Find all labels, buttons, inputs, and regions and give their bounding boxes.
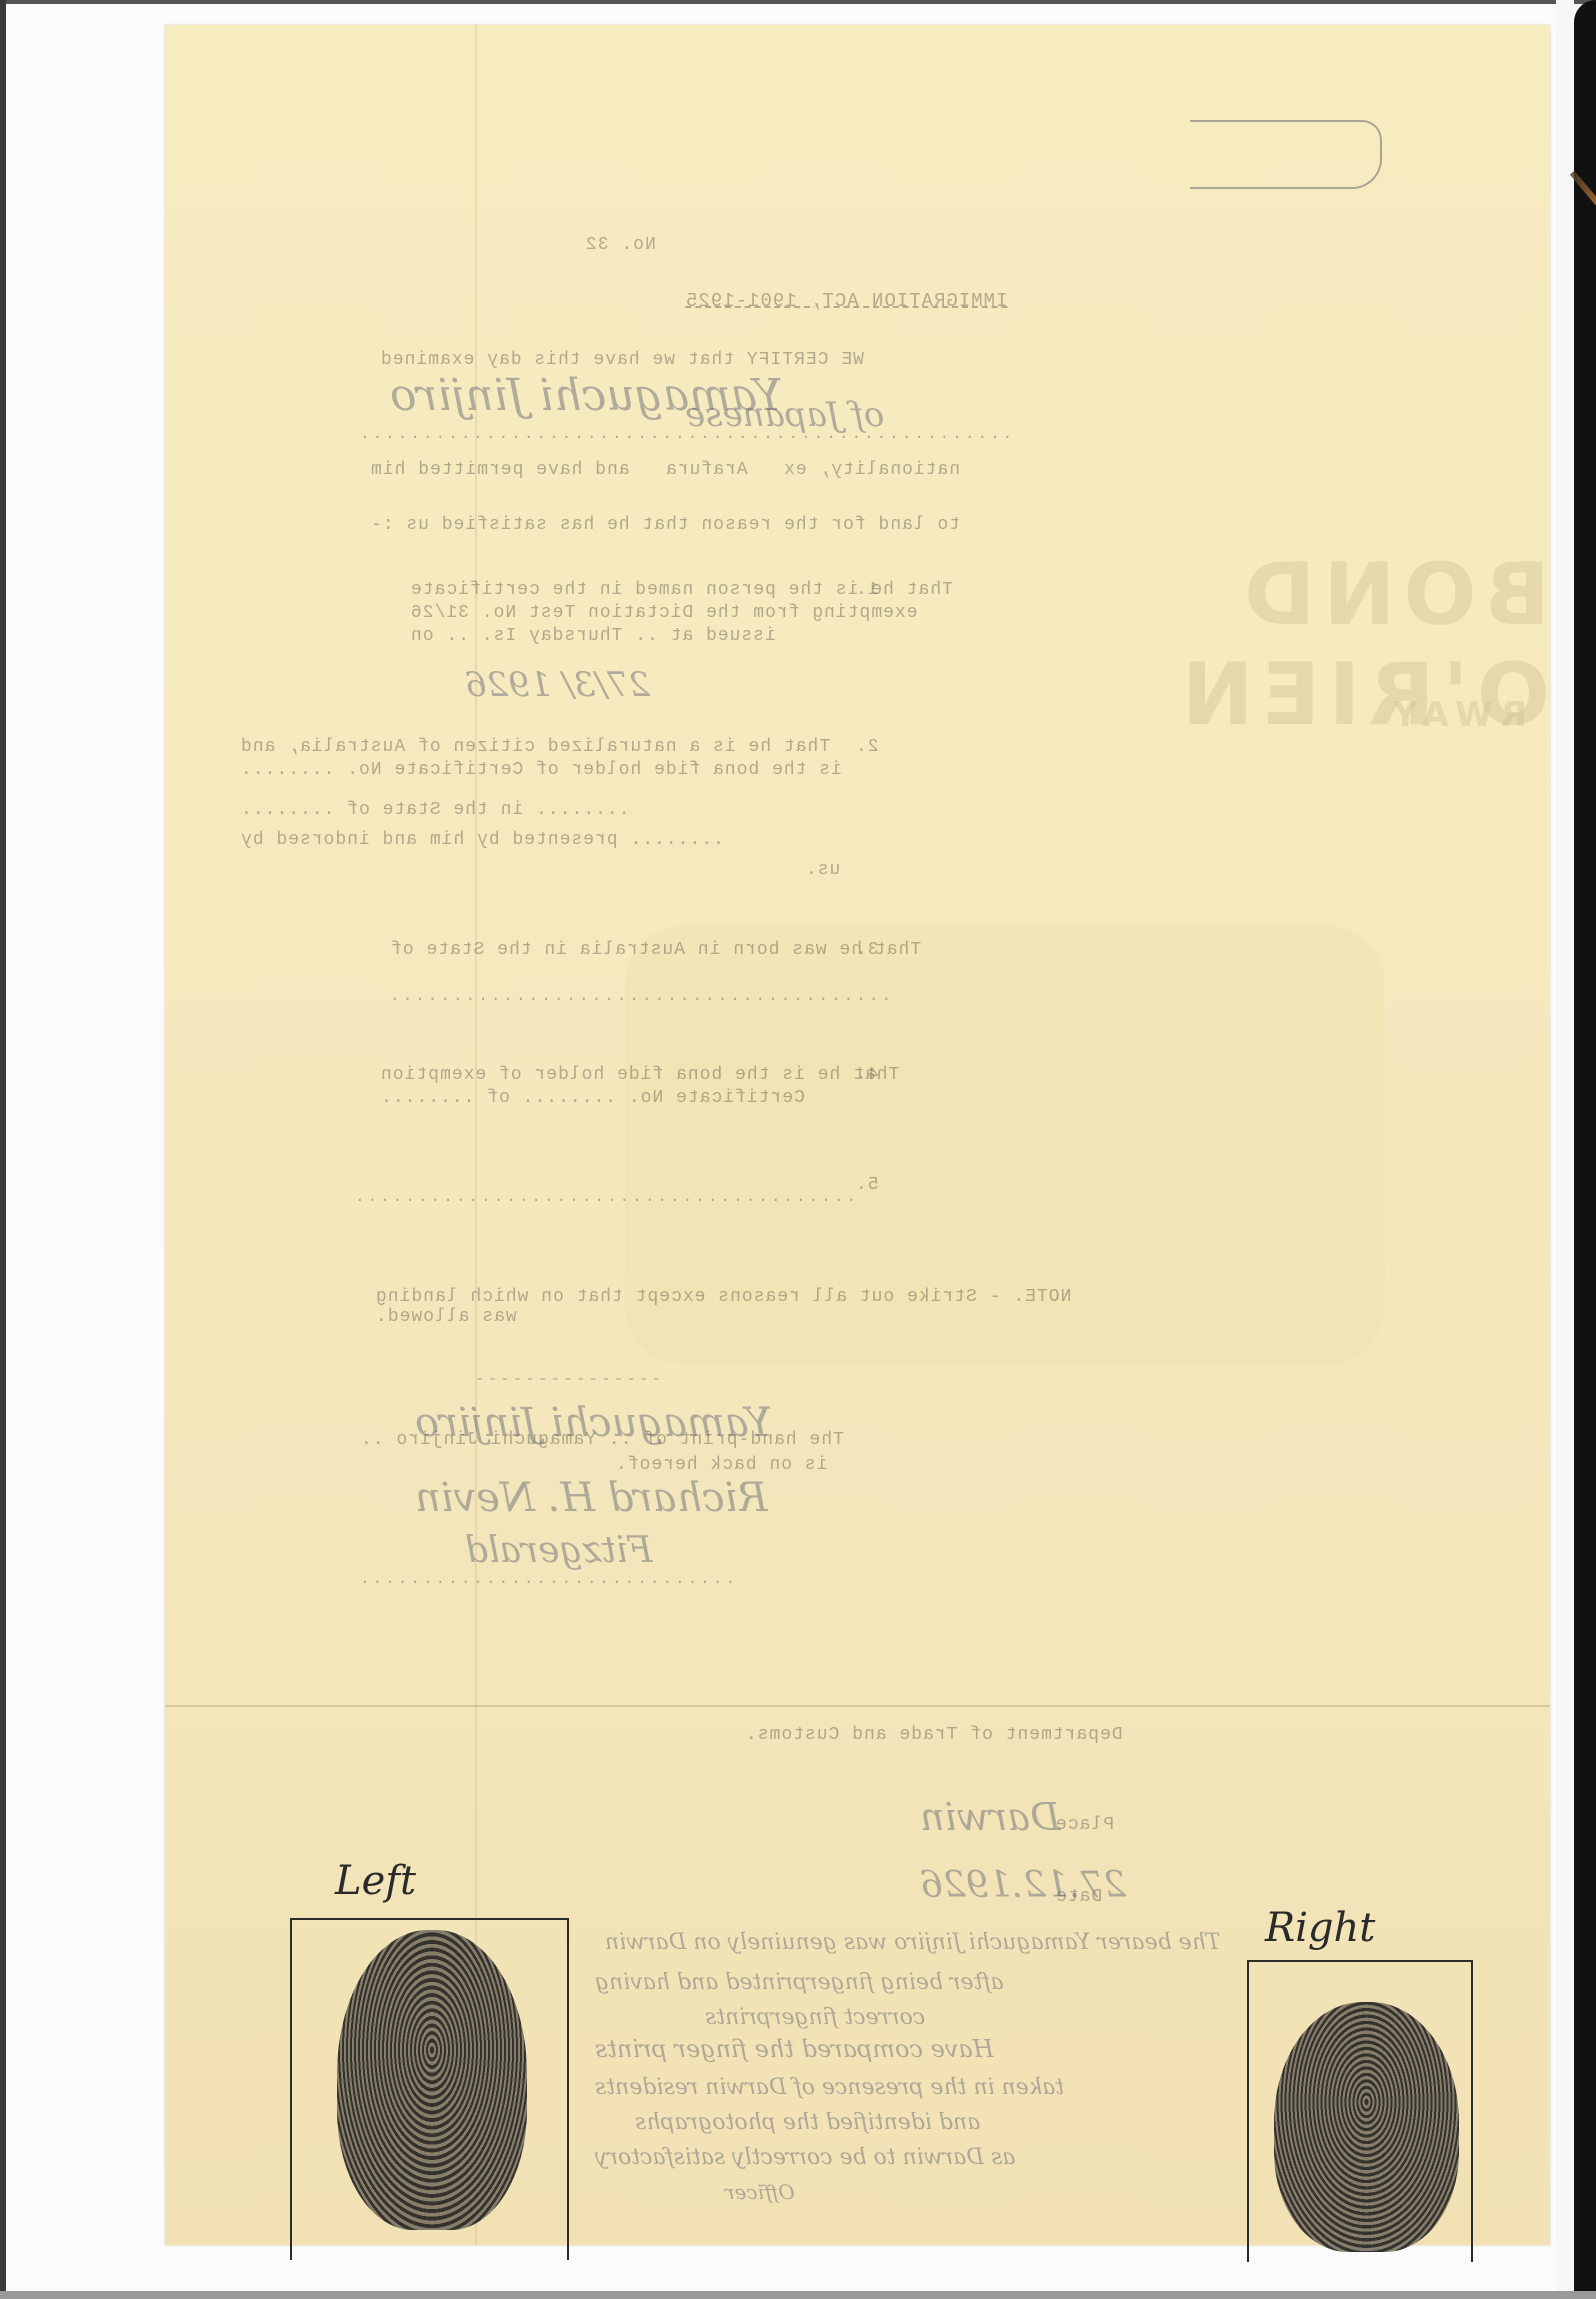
reason-2-number: 2. (855, 737, 879, 757)
handwritten-note-line-3: correct fingerprints (705, 2005, 925, 2030)
scan-frame-top (0, 0, 1596, 4)
reason-1-line-2: exempting from the Dictation Test No. 31… (410, 603, 917, 623)
scan-frame-left (0, 0, 6, 2299)
fold-line-horizontal (165, 1705, 1550, 1707)
scan-frame-right (1574, 0, 1596, 2299)
strike-out-note: NOTE. - Strike out all reasons except th… (375, 1287, 1075, 1327)
reason-2-line-1: That he is a naturalized citizen of Aust… (240, 737, 830, 757)
reason-1-line-3: issued at .. Thursday Is. .. on (410, 626, 776, 646)
reason-2-line-2: is the bona fide holder of Certificate N… (240, 760, 842, 780)
handwritten-note-line-2: after being fingerprinted and having (595, 1970, 1004, 1995)
ship-name: Arafura (665, 460, 748, 480)
reason-3-dotted: ........................................ (390, 987, 894, 1005)
fingerprint-right-icon (1274, 2002, 1459, 2252)
scan-frame-bottom (0, 2291, 1596, 2299)
handwritten-note-line-4: Have compared the finger prints (595, 2035, 994, 2063)
date-value-handwritten: 27.12.1926 (920, 1865, 1126, 1906)
reason-2-line-3: ........ in the State of ........ (240, 800, 629, 820)
signature-1: Richard H. Nevin (415, 1475, 768, 1521)
fingerprint-right-label: Right (1265, 1905, 1375, 1951)
nationality-line: nationality, ex Arafura and have permitt… (370, 460, 960, 480)
certify-line: WE CERTIFY that we have this day examine… (380, 350, 864, 370)
fingerprint-right-box (1247, 1960, 1473, 2262)
reason-1-line-1: That he is the person named in the certi… (410, 580, 953, 600)
signature-dotted: .............................. (360, 1570, 738, 1588)
place-value-handwritten: Darwin (920, 1795, 1060, 1839)
pencil-bracket-mark (1190, 120, 1382, 189)
handwritten-note-line-7: as Darwin to be correctly satisfactory (595, 2145, 1015, 2170)
handprint-suffix: is on back hereof. (615, 1455, 827, 1475)
reason-line: to land for the reason that he has satis… (370, 515, 960, 535)
reason-3-line-1: That he was born in Australia in the Sta… (390, 940, 921, 960)
handwritten-note-line-5: taken in the presence of Darwin resident… (595, 2075, 1064, 2100)
handwritten-note-line-8: Officer (725, 2180, 795, 2204)
reason-5-dotted: ........................................ (355, 1188, 859, 1206)
handwritten-note-line-6: and identified the photographs (635, 2110, 980, 2135)
handprint-name-handwritten: Yamaguchi Jinjiro (415, 1400, 772, 1446)
form-number: No. 32 (585, 235, 656, 255)
signature-2: Fitzgerald (465, 1530, 653, 1571)
reason-2-line-4: ........ presented by him and indorsed b… (240, 830, 724, 850)
reason-2-line-5: us. (805, 860, 840, 880)
handwritten-note-line-1: The bearer Yamaguchi Jinjiro was genuine… (605, 1930, 1221, 1955)
watermark-small: RWAY (1385, 695, 1527, 735)
nationality-prefix: nationality, ex (783, 460, 960, 480)
nationality-handwritten: of Japanese (685, 395, 884, 435)
nationality-suffix: and have permitted him (370, 460, 630, 480)
place-label: Place (1055, 1815, 1114, 1835)
department-line: Department of Trade and Customs. (745, 1725, 1123, 1745)
reason-1-date-handwritten: 27/3/ 1926 (465, 665, 650, 705)
reason-4-line-2: Certificate No. ........ of ........ (380, 1088, 805, 1108)
signature-rule: --------------- (475, 1370, 664, 1388)
fingerprint-left-label: Left (335, 1858, 416, 1904)
form-heading: IMMIGRATION ACT, 1901-1925 (685, 290, 1007, 312)
reason-4-line-1: That he is the bona fide holder of exemp… (380, 1065, 899, 1085)
fingerprint-left-icon (337, 1930, 527, 2230)
scan-backing-strip (1556, 0, 1574, 2299)
fingerprint-left-box (290, 1918, 569, 2260)
